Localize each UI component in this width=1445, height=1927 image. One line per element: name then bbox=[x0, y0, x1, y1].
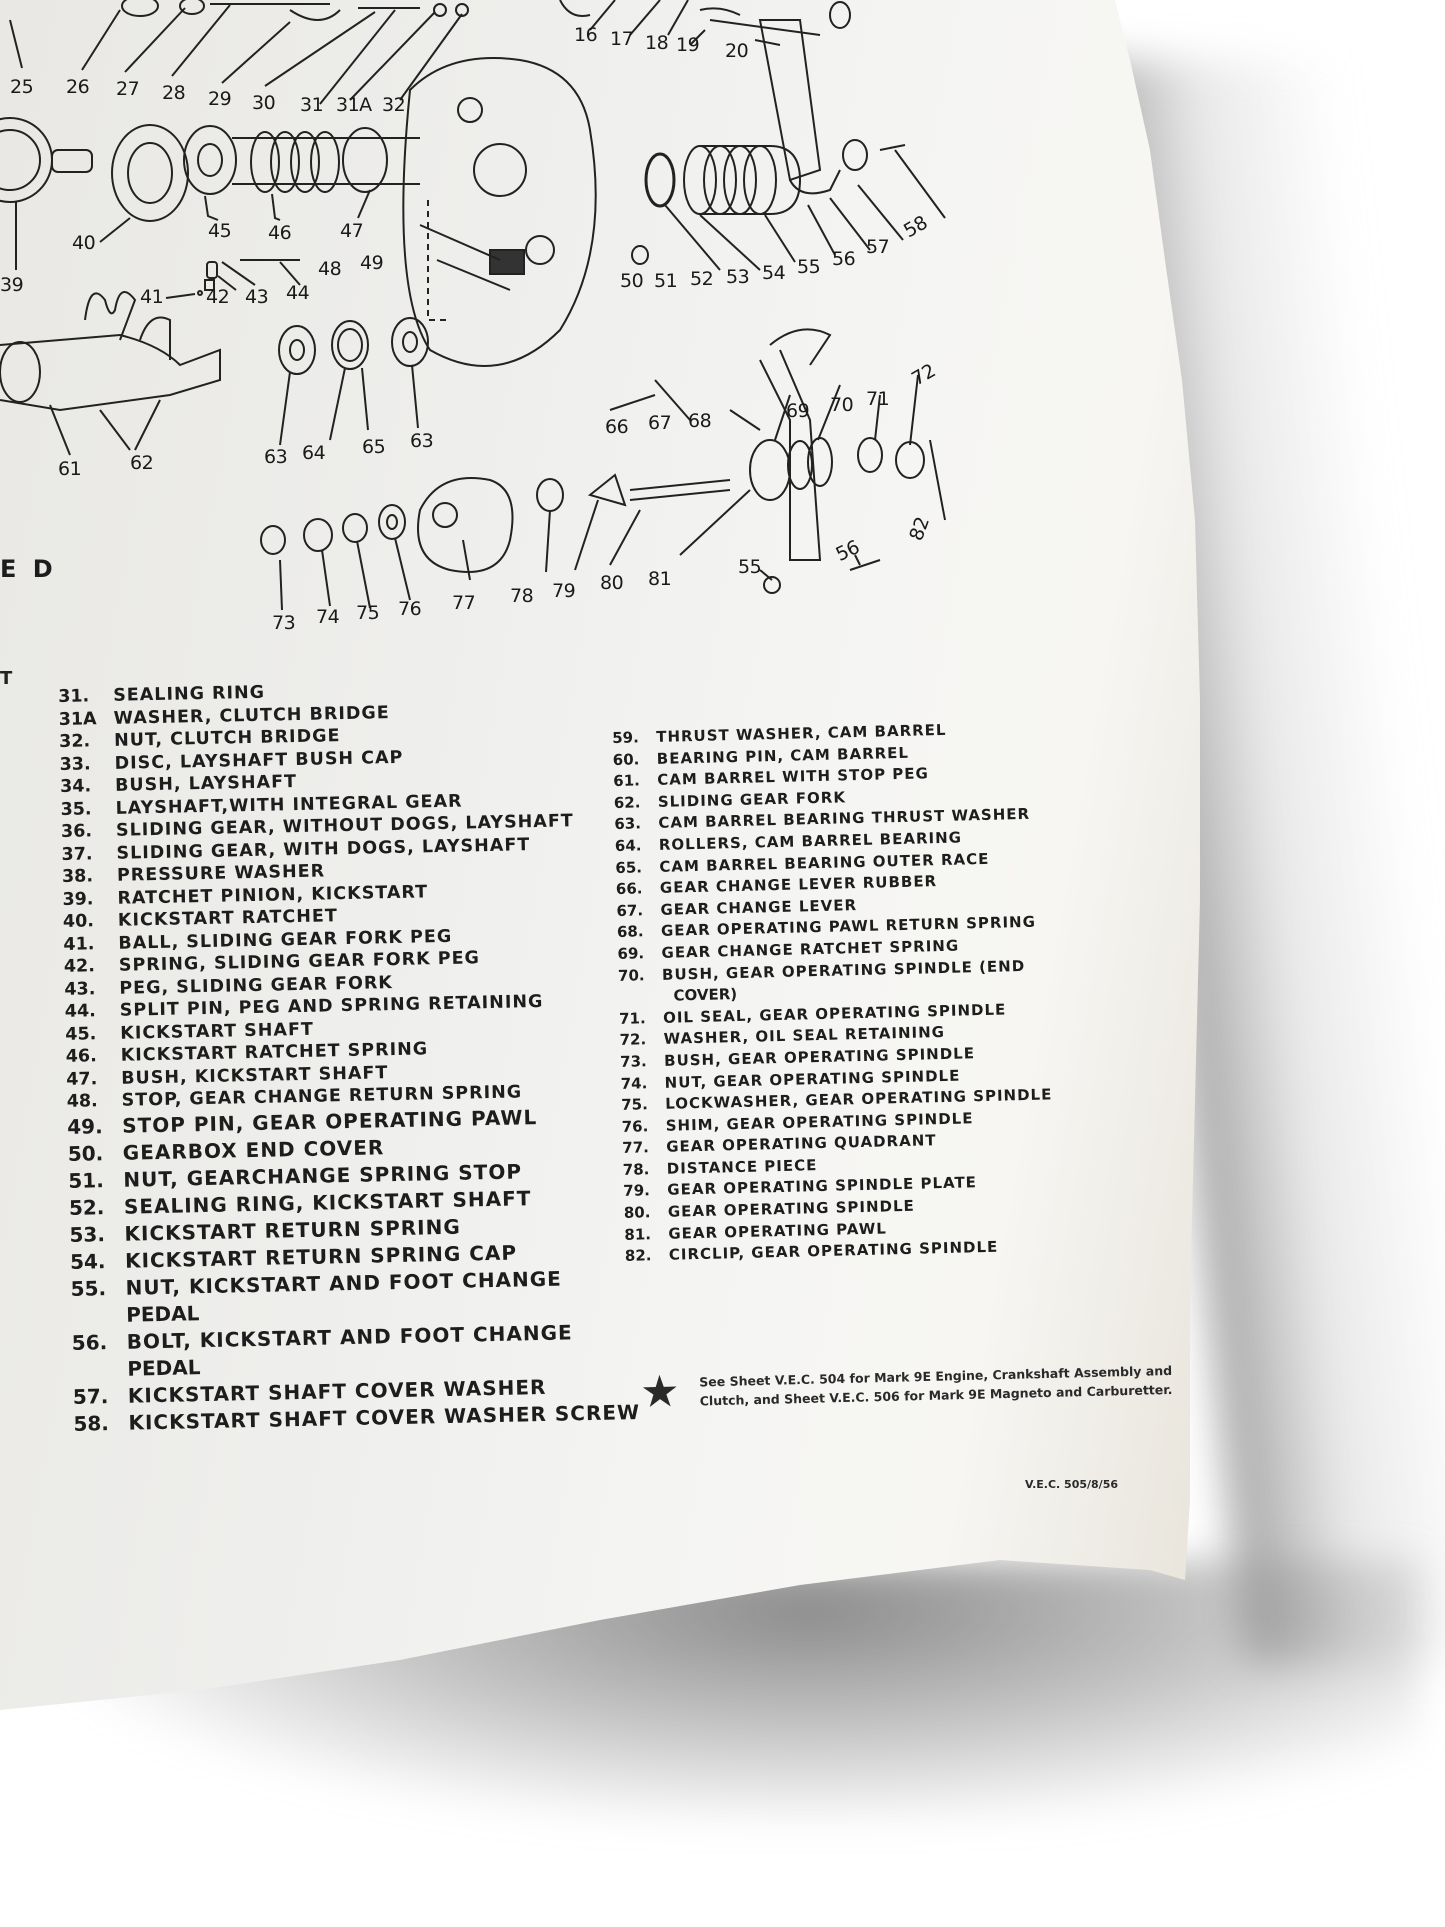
callout-47: 47 bbox=[340, 220, 363, 242]
callout-45: 45 bbox=[208, 220, 231, 242]
part-number: 53. bbox=[69, 1220, 125, 1248]
callout-31a: 31A bbox=[336, 94, 372, 116]
callout-31: 31 bbox=[300, 94, 323, 116]
callout-71: 71 bbox=[866, 388, 889, 410]
callout-30: 30 bbox=[252, 92, 275, 114]
part-number: 76. bbox=[621, 1115, 666, 1138]
part-number: 37. bbox=[61, 842, 116, 866]
part-number: 69. bbox=[617, 943, 662, 966]
callout-81: 81 bbox=[648, 568, 671, 590]
callout-62: 62 bbox=[130, 452, 153, 474]
callout-18: 18 bbox=[645, 32, 668, 54]
callout-74: 74 bbox=[316, 606, 339, 628]
part-number: 60. bbox=[613, 749, 658, 772]
callout-79: 79 bbox=[552, 580, 575, 602]
callout-25: 25 bbox=[10, 76, 33, 98]
part-number: 81. bbox=[624, 1223, 669, 1246]
part-number: 34. bbox=[60, 775, 115, 799]
title-fragment: E D bbox=[0, 555, 57, 583]
callout-64: 64 bbox=[302, 442, 325, 464]
sheet-reference: V.E.C. 505/8/56 bbox=[1025, 1478, 1118, 1491]
part-number: 32. bbox=[59, 730, 114, 754]
callout-69: 69 bbox=[786, 400, 809, 422]
part-number: 77. bbox=[622, 1137, 667, 1160]
callout-63-left: 63 bbox=[264, 446, 287, 468]
callout-68: 68 bbox=[688, 410, 711, 432]
callout-20: 20 bbox=[725, 40, 748, 62]
callout-77: 77 bbox=[452, 592, 475, 614]
callout-49: 49 bbox=[360, 252, 383, 274]
part-number: 49. bbox=[67, 1112, 123, 1140]
part-number: 70. bbox=[618, 964, 663, 987]
part-number: 73. bbox=[620, 1051, 665, 1074]
part-number: 58. bbox=[73, 1409, 129, 1437]
part-number: 64. bbox=[615, 835, 660, 858]
star-icon: ★ bbox=[639, 1366, 680, 1418]
callout-67: 67 bbox=[648, 412, 671, 434]
callout-27: 27 bbox=[116, 78, 139, 100]
part-number: 74. bbox=[620, 1072, 665, 1095]
part-number: 80. bbox=[624, 1202, 669, 1225]
part-number: 50. bbox=[68, 1139, 124, 1167]
callout-41: 41 bbox=[140, 286, 163, 308]
part-number: 82. bbox=[625, 1245, 670, 1268]
part-number: 47. bbox=[66, 1067, 121, 1091]
edge-text-fragment: T bbox=[0, 668, 12, 689]
callout-17: 17 bbox=[610, 28, 633, 50]
callout-57: 57 bbox=[866, 236, 889, 258]
callout-55-top: 55 bbox=[797, 256, 820, 278]
callout-61: 61 bbox=[58, 458, 81, 480]
part-description: SEALING RING bbox=[113, 682, 265, 708]
callout-54: 54 bbox=[762, 262, 785, 284]
part-number: 78. bbox=[623, 1159, 668, 1182]
callout-26: 26 bbox=[66, 76, 89, 98]
callout-43: 43 bbox=[245, 286, 268, 308]
callout-56-top: 56 bbox=[832, 248, 855, 270]
callout-32: 32 bbox=[382, 94, 405, 116]
note-text: See Sheet V.E.C. 504 for Mark 9E Engine,… bbox=[699, 1360, 1210, 1410]
part-number: 36. bbox=[61, 820, 116, 844]
part-number: 79. bbox=[623, 1180, 668, 1203]
part-number: 62. bbox=[614, 792, 659, 815]
part-number: 55. bbox=[70, 1274, 126, 1302]
callout-40: 40 bbox=[72, 232, 95, 254]
part-number: 40. bbox=[63, 910, 118, 934]
callout-42: 42 bbox=[206, 286, 229, 308]
callout-29: 29 bbox=[208, 88, 231, 110]
parts-list-left: 31.SEALING RING31aWASHER, CLUTCH BRIDGE3… bbox=[58, 674, 640, 1437]
part-number: 68. bbox=[617, 921, 662, 944]
callout-76: 76 bbox=[398, 598, 421, 620]
part-number: 54. bbox=[70, 1247, 126, 1275]
callout-39: 39 bbox=[0, 274, 23, 296]
part-number: 31. bbox=[58, 685, 113, 709]
callout-51: 51 bbox=[654, 270, 677, 292]
callout-80: 80 bbox=[600, 572, 623, 594]
part-number: 67. bbox=[616, 900, 661, 923]
part-number: 31a bbox=[58, 707, 113, 731]
callout-52: 52 bbox=[690, 268, 713, 290]
callout-63-right: 63 bbox=[410, 430, 433, 452]
callout-70: 70 bbox=[830, 394, 853, 416]
callout-65: 65 bbox=[362, 436, 385, 458]
part-number: 59. bbox=[612, 727, 657, 750]
callout-16: 16 bbox=[574, 24, 597, 46]
part-number: 66. bbox=[616, 878, 661, 901]
part-number: 52. bbox=[69, 1193, 125, 1221]
callout-75: 75 bbox=[356, 602, 379, 624]
part-number: 35. bbox=[60, 797, 115, 821]
part-number: 45. bbox=[65, 1022, 120, 1046]
part-number: 39. bbox=[62, 887, 117, 911]
part-number: 38. bbox=[62, 865, 117, 889]
part-number: 57. bbox=[73, 1382, 129, 1410]
callout-19: 19 bbox=[676, 34, 699, 56]
callout-50: 50 bbox=[620, 270, 643, 292]
part-number: 63. bbox=[614, 813, 659, 836]
part-number: 71. bbox=[619, 1008, 664, 1031]
part-number: 51. bbox=[68, 1166, 124, 1194]
callout-66: 66 bbox=[605, 416, 628, 438]
callout-46: 46 bbox=[268, 222, 291, 244]
part-number: 44. bbox=[65, 1000, 120, 1024]
part-number: 33. bbox=[59, 752, 114, 776]
part-number: 61. bbox=[613, 770, 658, 793]
part-number: 72. bbox=[619, 1029, 664, 1052]
callout-73: 73 bbox=[272, 612, 295, 634]
parts-list-right: 59.THRUST WASHER, CAM BARREL60.BEARING P… bbox=[612, 717, 1056, 1267]
callout-53: 53 bbox=[726, 266, 749, 288]
cross-reference-note: ★ See Sheet V.E.C. 504 for Mark 9E Engin… bbox=[639, 1353, 1210, 1418]
part-number: 75. bbox=[621, 1094, 666, 1117]
callout-28: 28 bbox=[162, 82, 185, 104]
part-number: 56. bbox=[71, 1328, 127, 1356]
callout-55-bottom: 55 bbox=[738, 556, 761, 578]
callout-44: 44 bbox=[286, 282, 309, 304]
part-number: 43. bbox=[64, 977, 119, 1001]
part-number: 48. bbox=[66, 1090, 121, 1114]
part-number: 42. bbox=[64, 955, 119, 979]
callout-78: 78 bbox=[510, 585, 533, 607]
part-number: 41. bbox=[63, 932, 118, 956]
part-number: 46. bbox=[66, 1045, 121, 1069]
part-number: 65. bbox=[615, 856, 660, 879]
callout-48: 48 bbox=[318, 258, 341, 280]
